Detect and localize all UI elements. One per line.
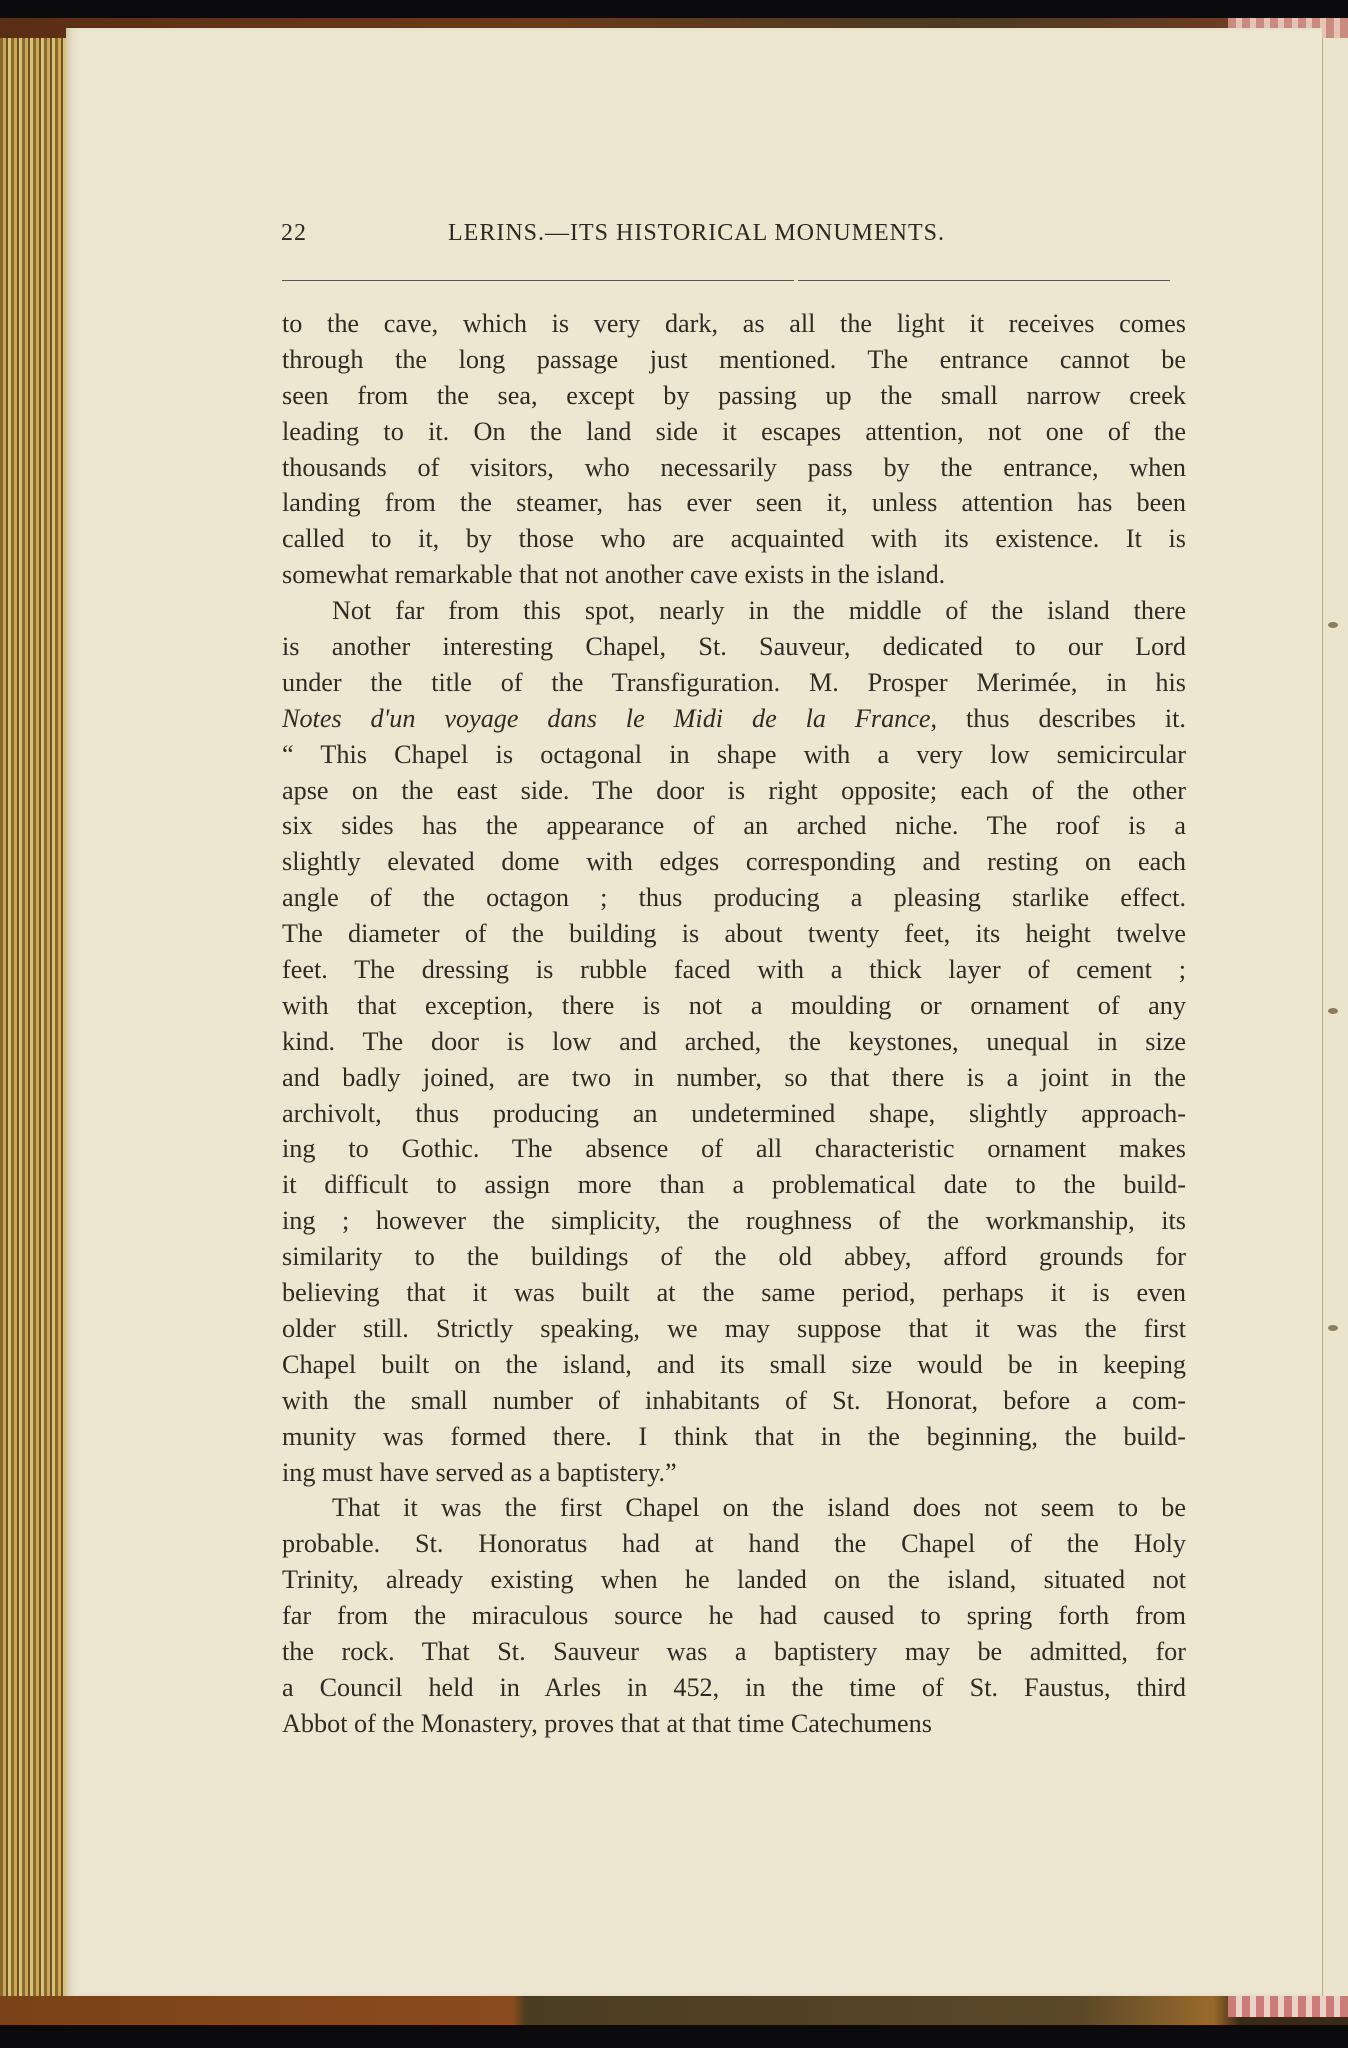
text-line: somewhat remarkable that not another cav… bbox=[282, 557, 1186, 593]
text-line: and badly joined, are two in number, so … bbox=[282, 1060, 1186, 1096]
book-title-italic: Notes d'un voyage dans le Midi de la Fra… bbox=[282, 704, 931, 733]
text-line: probable. St. Honoratus had at hand the … bbox=[282, 1526, 1186, 1562]
body-text: to the cave, which is very dark, as all … bbox=[282, 306, 1186, 1742]
text-line: believing that it was built at the same … bbox=[282, 1275, 1186, 1311]
paragraph: to the cave, which is very dark, as all … bbox=[282, 306, 1186, 593]
text-line: with that exception, there is not a moul… bbox=[282, 988, 1186, 1024]
text-line: Notes d'un voyage dans le Midi de la Fra… bbox=[282, 701, 1186, 737]
text-line: That it was the first Chapel on the isla… bbox=[282, 1490, 1186, 1526]
text-line: is another interesting Chapel, St. Sauve… bbox=[282, 629, 1186, 665]
text-line: ing ; however the simplicity, the roughn… bbox=[282, 1203, 1186, 1239]
text-line: “ This Chapel is octagonal in shape with… bbox=[282, 737, 1186, 773]
text-line: six sides has the appearance of an arche… bbox=[282, 808, 1186, 844]
text-line: the rock. That St. Sauveur was a baptist… bbox=[282, 1634, 1186, 1670]
text-line: through the long passage just mentioned.… bbox=[282, 342, 1186, 378]
text-line: archivolt, thus producing an undetermine… bbox=[282, 1096, 1186, 1132]
book-binding-bottom bbox=[0, 1995, 1348, 2025]
text-line: landing from the steamer, has ever seen … bbox=[282, 485, 1186, 521]
text-line: slightly elevated dome with edges corres… bbox=[282, 844, 1186, 880]
text-line: it difficult to assign more than a probl… bbox=[282, 1167, 1186, 1203]
text-line: thousands of visitors, who necessarily p… bbox=[282, 450, 1186, 486]
text-line: Abbot of the Monastery, proves that at t… bbox=[282, 1706, 1186, 1742]
gilt-page-edges bbox=[0, 38, 70, 1996]
page-number: 22 bbox=[281, 220, 307, 247]
adjacent-page-edge bbox=[1322, 38, 1348, 1996]
text-line: a Council held in Arles in 452, in the t… bbox=[282, 1670, 1186, 1706]
running-header: 22 LERINS.—ITS HISTORICAL MONUMENTS. bbox=[281, 220, 1171, 254]
text-line: Trinity, already existing when he landed… bbox=[282, 1562, 1186, 1598]
text-line: Not far from this spot, nearly in the mi… bbox=[282, 593, 1186, 629]
text-line: apse on the east side. The door is right… bbox=[282, 773, 1186, 809]
text-line: older still. Strictly speaking, we may s… bbox=[282, 1311, 1186, 1347]
text-line: under the title of the Transfiguration. … bbox=[282, 665, 1186, 701]
text-line: called to it, by those who are acquainte… bbox=[282, 521, 1186, 557]
text-line: kind. The door is low and arched, the ke… bbox=[282, 1024, 1186, 1060]
text-line: ing to Gothic. The absence of all charac… bbox=[282, 1131, 1186, 1167]
text-line: with the small number of inhabitants of … bbox=[282, 1383, 1186, 1419]
text-line: ing must have served as a baptistery.” bbox=[282, 1455, 1186, 1491]
binding-stitch bbox=[1328, 622, 1338, 628]
text-line: leading to it. On the land side it escap… bbox=[282, 414, 1186, 450]
text-line: feet. The dressing is rubble faced with … bbox=[282, 952, 1186, 988]
header-rule bbox=[282, 280, 1170, 281]
text-line: seen from the sea, except by passing up … bbox=[282, 378, 1186, 414]
bookmark-ribbon-bottom bbox=[1228, 1995, 1348, 2017]
paragraph: That it was the first Chapel on the isla… bbox=[282, 1490, 1186, 1741]
text-line: far from the miraculous source he had ca… bbox=[282, 1598, 1186, 1634]
running-head-title: LERINS.—ITS HISTORICAL MONUMENTS. bbox=[448, 220, 945, 247]
text-line: similarity to the buildings of the old a… bbox=[282, 1239, 1186, 1275]
text-line: angle of the octagon ; thus producing a … bbox=[282, 880, 1186, 916]
text-line: to the cave, which is very dark, as all … bbox=[282, 306, 1186, 342]
binding-stitch bbox=[1328, 1008, 1338, 1014]
text-line: munity was formed there. I think that in… bbox=[282, 1419, 1186, 1455]
text-line: Chapel built on the island, and its smal… bbox=[282, 1347, 1186, 1383]
paragraph: Not far from this spot, nearly in the mi… bbox=[282, 593, 1186, 1490]
text-line: The diameter of the building is about tw… bbox=[282, 916, 1186, 952]
binding-stitch bbox=[1328, 1325, 1338, 1331]
